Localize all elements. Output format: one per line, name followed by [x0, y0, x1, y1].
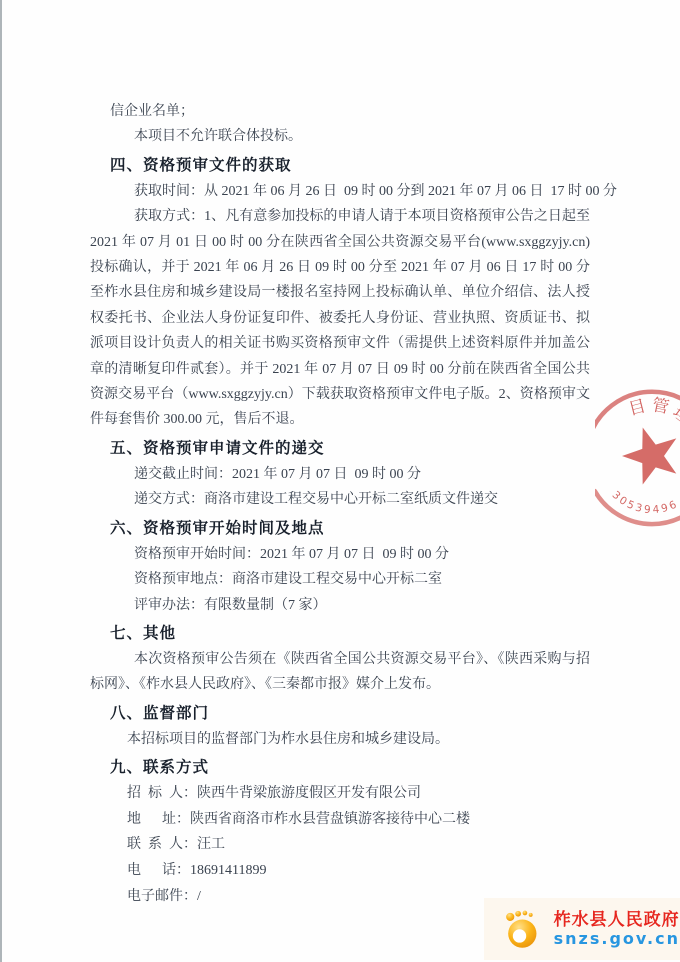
section-9-contact: 九、联系方式 招 标 人：陕西牛背梁旅游度假区开发有限公司 地 址：陕西省商洛市… [90, 754, 590, 909]
gov-footer-logo: 柞水县人民政府 snzs.gov.cn [484, 898, 680, 960]
seal-serial-number: 30539496 [610, 489, 680, 516]
gov-text-block: 柞水县人民政府 snzs.gov.cn [554, 910, 680, 948]
section-8-supervision: 八、监督部门 本招标项目的监督部门为柞水县住房和城乡建设局。 [90, 700, 590, 752]
seal-rim-top [595, 392, 680, 441]
seal-rim-bottom [595, 491, 680, 524]
lead-line: 信企业名单； [90, 99, 590, 124]
seal-ring-text: 目管理 [627, 395, 680, 430]
section-heading: 八、监督部门 [110, 700, 590, 727]
section-heading: 四、资格预审文件的获取 [110, 152, 590, 179]
text-line: 资格预审地点：商洛市建设工程交易中心开标二室 [90, 567, 590, 592]
text-line: 递交方式：商洛市建设工程交易中心开标二室纸质文件递交 [90, 487, 590, 512]
lead-lines: 信企业名单； 本项目不允许联合体投标。 [90, 99, 590, 150]
section-heading: 九、联系方式 [110, 754, 590, 781]
section-4-document-obtaining: 四、资格预审文件的获取 获取时间：从 2021 年 06 月 26 日 09 时… [90, 152, 590, 433]
contact-line-address: 地 址：陕西省商洛市柞水县营盘镇游客接待中心二楼 [90, 807, 590, 833]
section-heading: 六、资格预审开始时间及地点 [110, 515, 590, 542]
text-line: 评审办法：有限数量制（7 家） [90, 593, 590, 618]
section-heading: 七、其他 [110, 620, 590, 647]
document-page: 信企业名单； 本项目不允许联合体投标。 四、资格预审文件的获取 获取时间：从 2… [0, 0, 680, 962]
section-7-other: 七、其他 本次资格预审公告须在《陕西省全国公共资源交易平台》、《陕西采购与招标网… [90, 620, 590, 698]
document-content: 信企业名单； 本项目不允许联合体投标。 四、资格预审文件的获取 获取时间：从 2… [90, 99, 590, 909]
paragraph: 获取方式：1、凡有意参加投标的申请人请于本项目资格预审公告之日起至 2021 年… [90, 204, 590, 433]
section-heading: 五、资格预审申请文件的递交 [110, 435, 590, 462]
footprint-icon [500, 905, 545, 953]
gov-site-url: snzs.gov.cn [554, 930, 680, 948]
contact-line-person: 联 系 人：汪工 [90, 832, 590, 858]
text-line: 递交截止时间：2021 年 07 月 07 日 09 时 00 分 [90, 462, 590, 487]
text-line: 获取时间：从 2021 年 06 月 26 日 09 时 00 分到 2021 … [90, 179, 590, 204]
text-line: 本招标项目的监督部门为柞水县住房和城乡建设局。 [90, 727, 590, 752]
section-6-time-place: 六、资格预审开始时间及地点 资格预审开始时间：2021 年 07 月 07 日 … [90, 515, 590, 618]
lead-line: 本项目不允许联合体投标。 [90, 124, 590, 149]
red-seal-stamp: 目管理 30539496 [595, 383, 680, 543]
section-5-submission: 五、资格预审申请文件的递交 递交截止时间：2021 年 07 月 07 日 09… [90, 435, 590, 513]
gov-name-text: 柞水县人民政府 [554, 910, 680, 930]
text-line: 资格预审开始时间：2021 年 07 月 07 日 09 时 00 分 [90, 542, 590, 567]
contact-line-bidder: 招 标 人：陕西牛背梁旅游度假区开发有限公司 [90, 781, 590, 807]
paragraph: 本次资格预审公告须在《陕西省全国公共资源交易平台》、《陕西采购与招标网》、《柞水… [90, 647, 590, 698]
contact-line-phone: 电 话：18691411899 [90, 858, 590, 884]
seal-star-icon [622, 428, 676, 485]
